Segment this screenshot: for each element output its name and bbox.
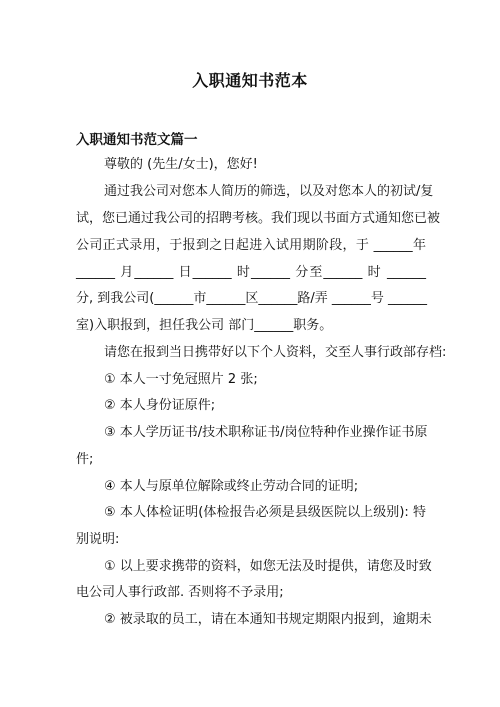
greeting-line: 尊敬的 (先生/女士)，您好! xyxy=(104,155,426,175)
list-item-continuation: 别说明: xyxy=(76,530,426,550)
list-item: ① 本人一寸免冠照片 2 张; xyxy=(104,370,426,390)
body-line: 试，您已通过我公司的招聘考核。我们现以书面方式通知您已被 xyxy=(76,209,426,229)
date-blanks-line: ______ 月______ 日______ 时______ 分至______ … xyxy=(76,263,426,283)
note-item-continuation: 电公司人事行政部. 否则将不予录用; xyxy=(76,583,426,603)
list-item: ② 本人身份证原件; xyxy=(104,396,426,416)
note-item: ② 被录取的员工，请在本通知书规定期限内报到，逾期未 xyxy=(104,610,426,630)
address-blanks-line: 分, 到我公司(______市______区______路/弄 ______号 … xyxy=(76,289,426,309)
list-item: ⑤ 本人体检证明(体检报告必须是县级医院以上级别): 特 xyxy=(104,503,426,523)
document-page: 入职通知书范本 入职通知书范文篇一 尊敬的 (先生/女士)，您好! 通过我公司对… xyxy=(0,0,500,707)
body-line: 通过我公司对您本人简历的筛选，以及对您本人的初试/复 xyxy=(104,182,426,202)
body-line: 公司正式录用，于报到之日起进入试用期阶段，于 ______年 xyxy=(76,236,426,256)
list-item: ④ 本人与原单位解除或终止劳动合同的证明; xyxy=(104,477,426,497)
section-heading: 入职通知书范文篇一 xyxy=(76,128,198,148)
list-item-continuation: 件; xyxy=(76,450,426,470)
body-line: 请您在报到当日携带好以下个人资料，交至人事行政部存档: xyxy=(104,343,426,363)
note-item: ① 以上要求携带的资料，如您无法及时提供，请您及时致 xyxy=(104,557,426,577)
list-item: ③ 本人学历证书/技术职称证书/岗位特种作业操作证书原 xyxy=(104,423,426,443)
body-line: 室)入职报到，担任我公司 部门______职务。 xyxy=(76,316,426,336)
document-title: 入职通知书范本 xyxy=(0,68,500,91)
